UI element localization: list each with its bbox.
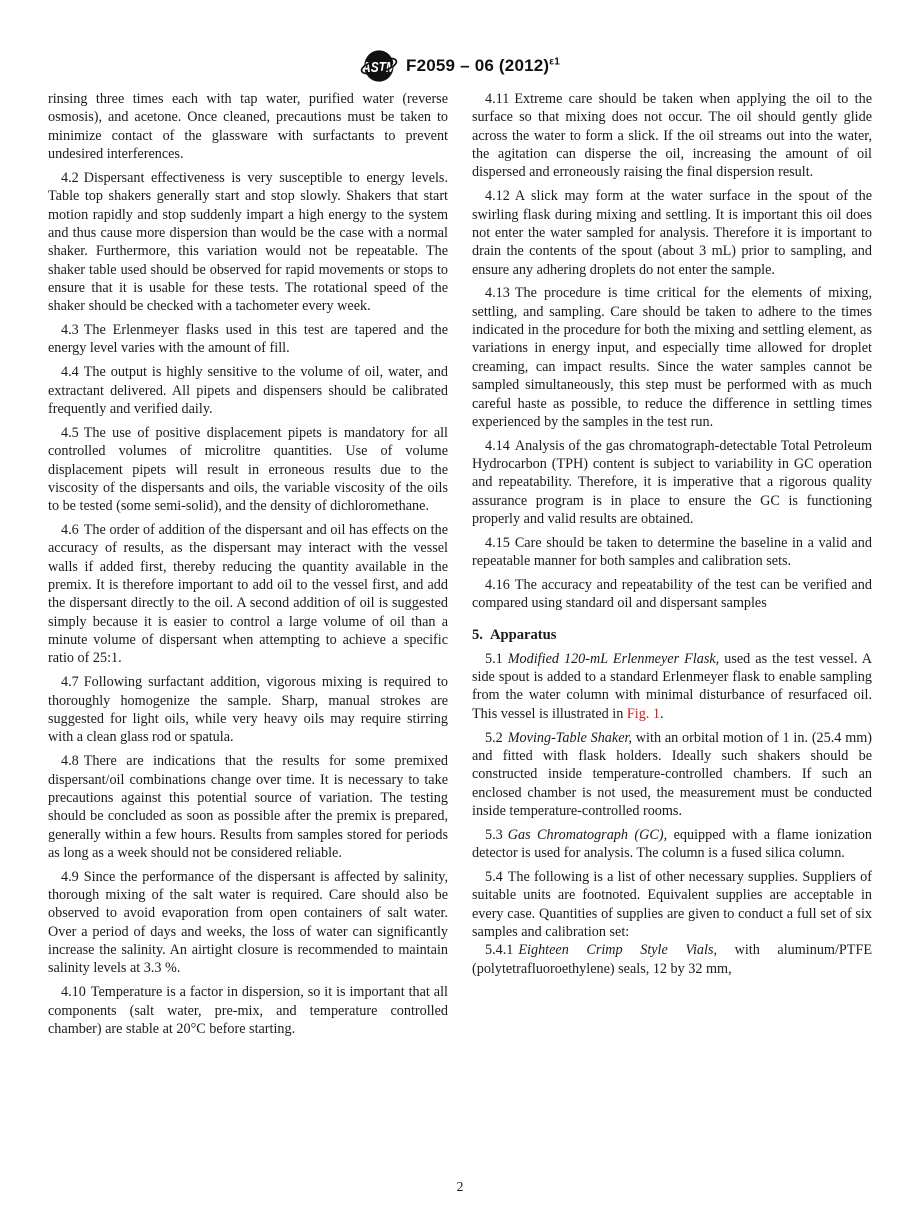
- body-text: The use of positive displacement pipets …: [48, 425, 448, 514]
- body-text: .: [660, 706, 664, 722]
- section-4-12: 4.12A slick may form at the water surfac…: [472, 187, 872, 279]
- section-number: 4.9: [61, 869, 79, 885]
- page-body: rinsing three times each with tap water,…: [48, 90, 872, 1038]
- section-5-4: 5.4The following is a list of other nece…: [472, 868, 872, 941]
- section-number: 4.11: [485, 91, 509, 107]
- italic-term: Moving-Table Shaker,: [508, 730, 632, 746]
- section-4-2: 4.2Dispersant effectiveness is very susc…: [48, 169, 448, 316]
- section-4-6: 4.6The order of addition of the dispersa…: [48, 521, 448, 668]
- section-number: 4.5: [61, 425, 79, 441]
- section-5-heading: 5.Apparatus: [472, 626, 872, 644]
- section-4-10: 4.10Temperature is a factor in dispersio…: [48, 983, 448, 1038]
- section-5-3: 5.3Gas Chromatograph (GC), equipped with…: [472, 826, 872, 863]
- body-text: Since the performance of the dispersant …: [48, 869, 448, 977]
- section-5-4-1: 5.4.1Eighteen Crimp Style Vials, with al…: [472, 941, 872, 978]
- document-header: ASTM F2059 – 06 (2012)ε1: [0, 46, 920, 86]
- section-4-3: 4.3The Erlenmeyer flasks used in this te…: [48, 321, 448, 358]
- body-text: A slick may form at the water surface in…: [472, 188, 872, 277]
- section-4-15: 4.15Care should be taken to determine th…: [472, 534, 872, 571]
- section-number: 4.14: [485, 438, 510, 454]
- body-text: Extreme care should be taken when applyi…: [472, 91, 872, 180]
- section-number: 4.8: [61, 753, 79, 769]
- fig-1-link[interactable]: Fig. 1: [627, 706, 660, 722]
- body-text: Following surfactant addition, vigorous …: [48, 674, 448, 745]
- section-4-1-continuation: rinsing three times each with tap water,…: [48, 90, 448, 163]
- section-5-2: 5.2Moving-Table Shaker, with an orbital …: [472, 729, 872, 821]
- section-4-7: 4.7Following surfactant addition, vigoro…: [48, 673, 448, 746]
- standard-designation: F2059 – 06 (2012)ε1: [406, 56, 560, 76]
- section-number: 5.: [472, 627, 483, 643]
- section-4-5: 4.5The use of positive displacement pipe…: [48, 424, 448, 516]
- designation-superscript: ε1: [549, 56, 560, 67]
- section-4-13: 4.13The procedure is time critical for t…: [472, 284, 872, 431]
- body-text: The procedure is time critical for the e…: [472, 285, 872, 429]
- body-text: The order of addition of the dispersant …: [48, 522, 448, 666]
- section-number: 4.12: [485, 188, 510, 204]
- body-text: Apparatus: [490, 627, 557, 643]
- body-text: The output is highly sensitive to the vo…: [48, 364, 448, 417]
- section-number: 5.4: [485, 869, 503, 885]
- body-text: The Erlenmeyer flasks used in this test …: [48, 322, 448, 356]
- body-text: Care should be taken to determine the ba…: [472, 535, 872, 569]
- right-column: 4.11Extreme care should be taken when ap…: [472, 90, 872, 1038]
- body-text: Analysis of the gas chromatograph-detect…: [472, 438, 872, 527]
- section-4-14: 4.14Analysis of the gas chromatograph-de…: [472, 437, 872, 529]
- section-4-16: 4.16The accuracy and repeatability of th…: [472, 576, 872, 613]
- italic-term: Modified 120-mL Erlenmeyer Flask,: [508, 651, 719, 667]
- section-number: 4.13: [485, 285, 510, 301]
- left-column: rinsing three times each with tap water,…: [48, 90, 448, 1038]
- body-text: Temperature is a factor in dispersion, s…: [48, 984, 448, 1037]
- body-text: rinsing three times each with tap water,…: [48, 91, 448, 162]
- italic-term: Gas Chromatograph (GC),: [508, 827, 667, 843]
- section-number: 4.16: [485, 577, 510, 593]
- body-text: Dispersant effectiveness is very suscept…: [48, 170, 448, 314]
- section-4-8: 4.8There are indications that the result…: [48, 752, 448, 862]
- section-number: 4.10: [61, 984, 86, 1000]
- body-text: There are indications that the results f…: [48, 753, 448, 861]
- body-text: The following is a list of other necessa…: [472, 869, 872, 940]
- section-number: 5.3: [485, 827, 503, 843]
- section-number: 4.15: [485, 535, 510, 551]
- section-number: 4.4: [61, 364, 79, 380]
- astm-logo: ASTM: [360, 46, 398, 86]
- section-number: 4.7: [61, 674, 79, 690]
- section-5-1: 5.1Modified 120-mL Erlenmeyer Flask, use…: [472, 650, 872, 723]
- section-number: 4.6: [61, 522, 79, 538]
- section-number: 5.1: [485, 651, 503, 667]
- section-number: 4.2: [61, 170, 79, 186]
- section-number: 5.4.1: [485, 942, 513, 958]
- section-4-4: 4.4The output is highly sensitive to the…: [48, 363, 448, 418]
- page-number: 2: [0, 1180, 920, 1196]
- section-number: 4.3: [61, 322, 79, 338]
- section-4-9: 4.9Since the performance of the dispersa…: [48, 868, 448, 978]
- section-number: 5.2: [485, 730, 503, 746]
- section-4-11: 4.11Extreme care should be taken when ap…: [472, 90, 872, 182]
- body-text: The accuracy and repeatability of the te…: [472, 577, 872, 611]
- italic-term: Eighteen Crimp Style Vials,: [518, 942, 717, 958]
